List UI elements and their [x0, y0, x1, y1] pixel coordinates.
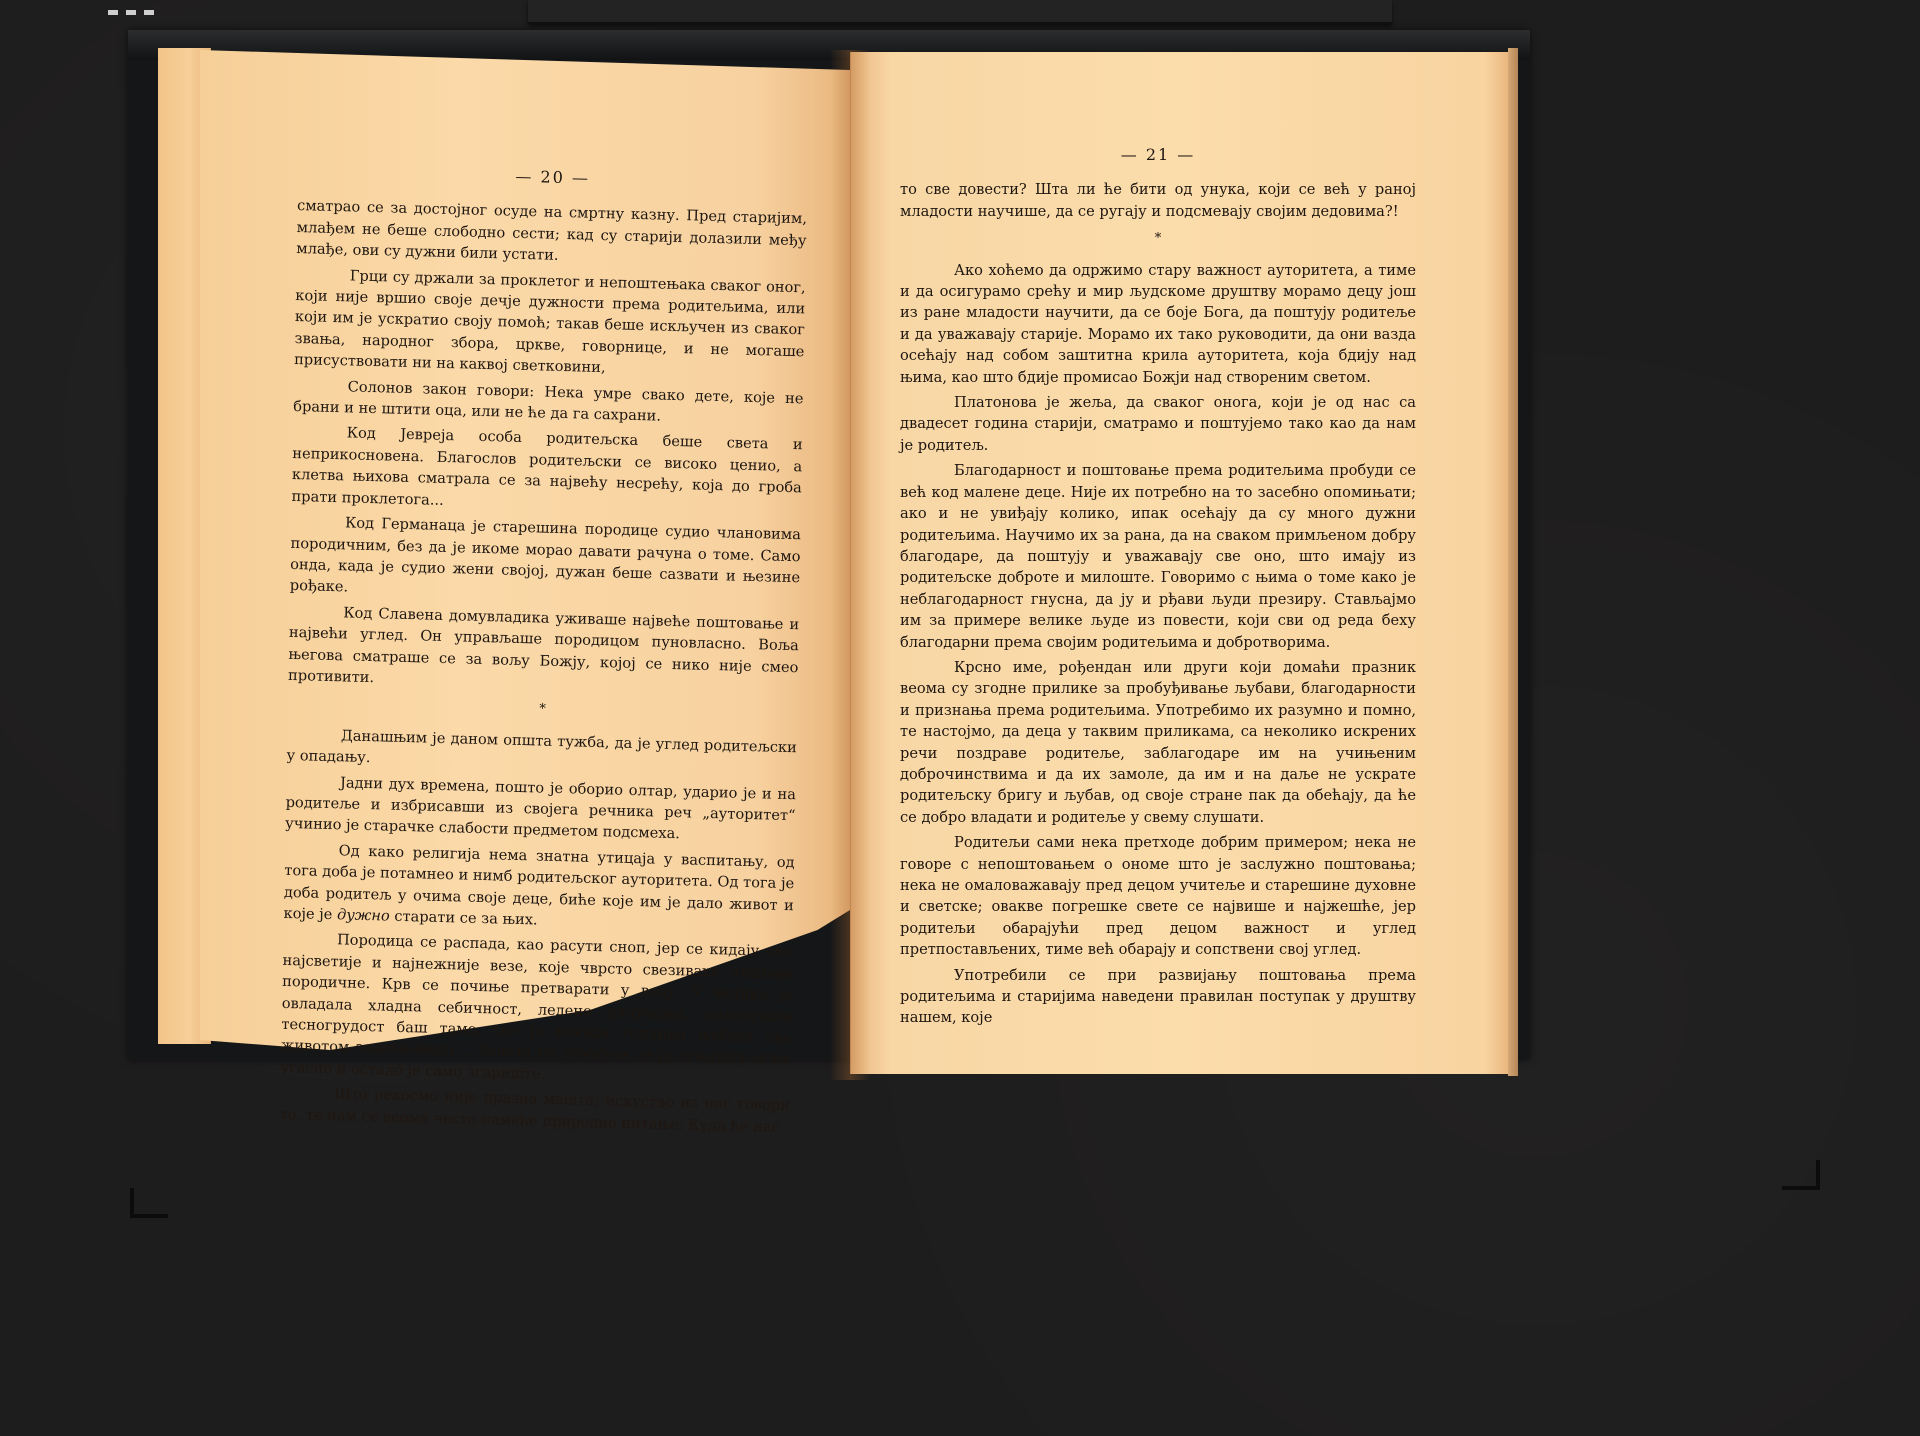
paragraph: Родитељи сами нека претходе добрим приме… — [900, 832, 1416, 960]
right-paragraphs: то све довести? Шта ли ће бити од унука,… — [900, 179, 1416, 222]
right-page-text: — 21 — то све довести? Шта ли ће бити од… — [900, 144, 1416, 1033]
scanner-top-bar — [528, 0, 1392, 24]
paragraph: Благодарност и поштовање према родитељим… — [900, 460, 1416, 653]
right-paragraphs-after: Ако хоћемо да одржимо стару важност ауто… — [900, 260, 1416, 1029]
crop-mark-bottom-right — [1782, 1160, 1820, 1190]
left-paragraphs: сматрао се за достојног осуде на смртну … — [288, 195, 807, 699]
paragraph: Јадни дух времена, пошто је оборио олтар… — [285, 770, 796, 848]
paragraph: Крсно име, рођендан или други који домаћ… — [900, 657, 1416, 828]
page-stack-right — [1508, 48, 1518, 1076]
paragraph: Ако хоћемо да одржимо стару важност ауто… — [900, 260, 1416, 388]
paragraph: Што рекосмо није празна машта; искуство … — [279, 1082, 790, 1138]
paragraph: Грци су држали за проклетог и непоштењак… — [294, 264, 806, 384]
paragraph: Употребили се при развијању поштовања пр… — [900, 965, 1416, 1029]
section-separator: * — [900, 228, 1416, 249]
page-number-right: — 21 — — [900, 144, 1416, 165]
left-page-text: — 20 — сматрао се за достојног осуде на … — [279, 160, 807, 1142]
paragraph: Код Славена домувладика уживаше највеће … — [288, 601, 799, 700]
paragraph: то све довести? Шта ли ће бити од унука,… — [900, 179, 1416, 222]
scan-marks — [108, 0, 228, 6]
emphasis: дужно — [337, 906, 390, 924]
paragraph: Код Германаца је старешина породице суди… — [290, 511, 801, 610]
paragraph: Код Јевреја особа родитељска беше света … — [291, 421, 802, 520]
book-gutter — [830, 50, 870, 1080]
paragraph: Данашњим је даном општа тужба, да је угл… — [286, 724, 797, 780]
paragraph: Породица се распада, као расути сноп, је… — [280, 928, 793, 1091]
paragraph: Солонов закон говори: Нека умре свако де… — [293, 375, 804, 431]
paragraph: Платонова је жеља, да сваког онога, који… — [900, 392, 1416, 456]
crop-mark-bottom-left — [130, 1188, 168, 1218]
paragraph: сматрао се за достојног осуде на смртну … — [296, 195, 807, 273]
paragraph: Од како религија нема знатна утицаја у в… — [283, 839, 794, 938]
left-paragraphs-after: Данашњим је даном општа тужба, да је угл… — [279, 724, 797, 1139]
